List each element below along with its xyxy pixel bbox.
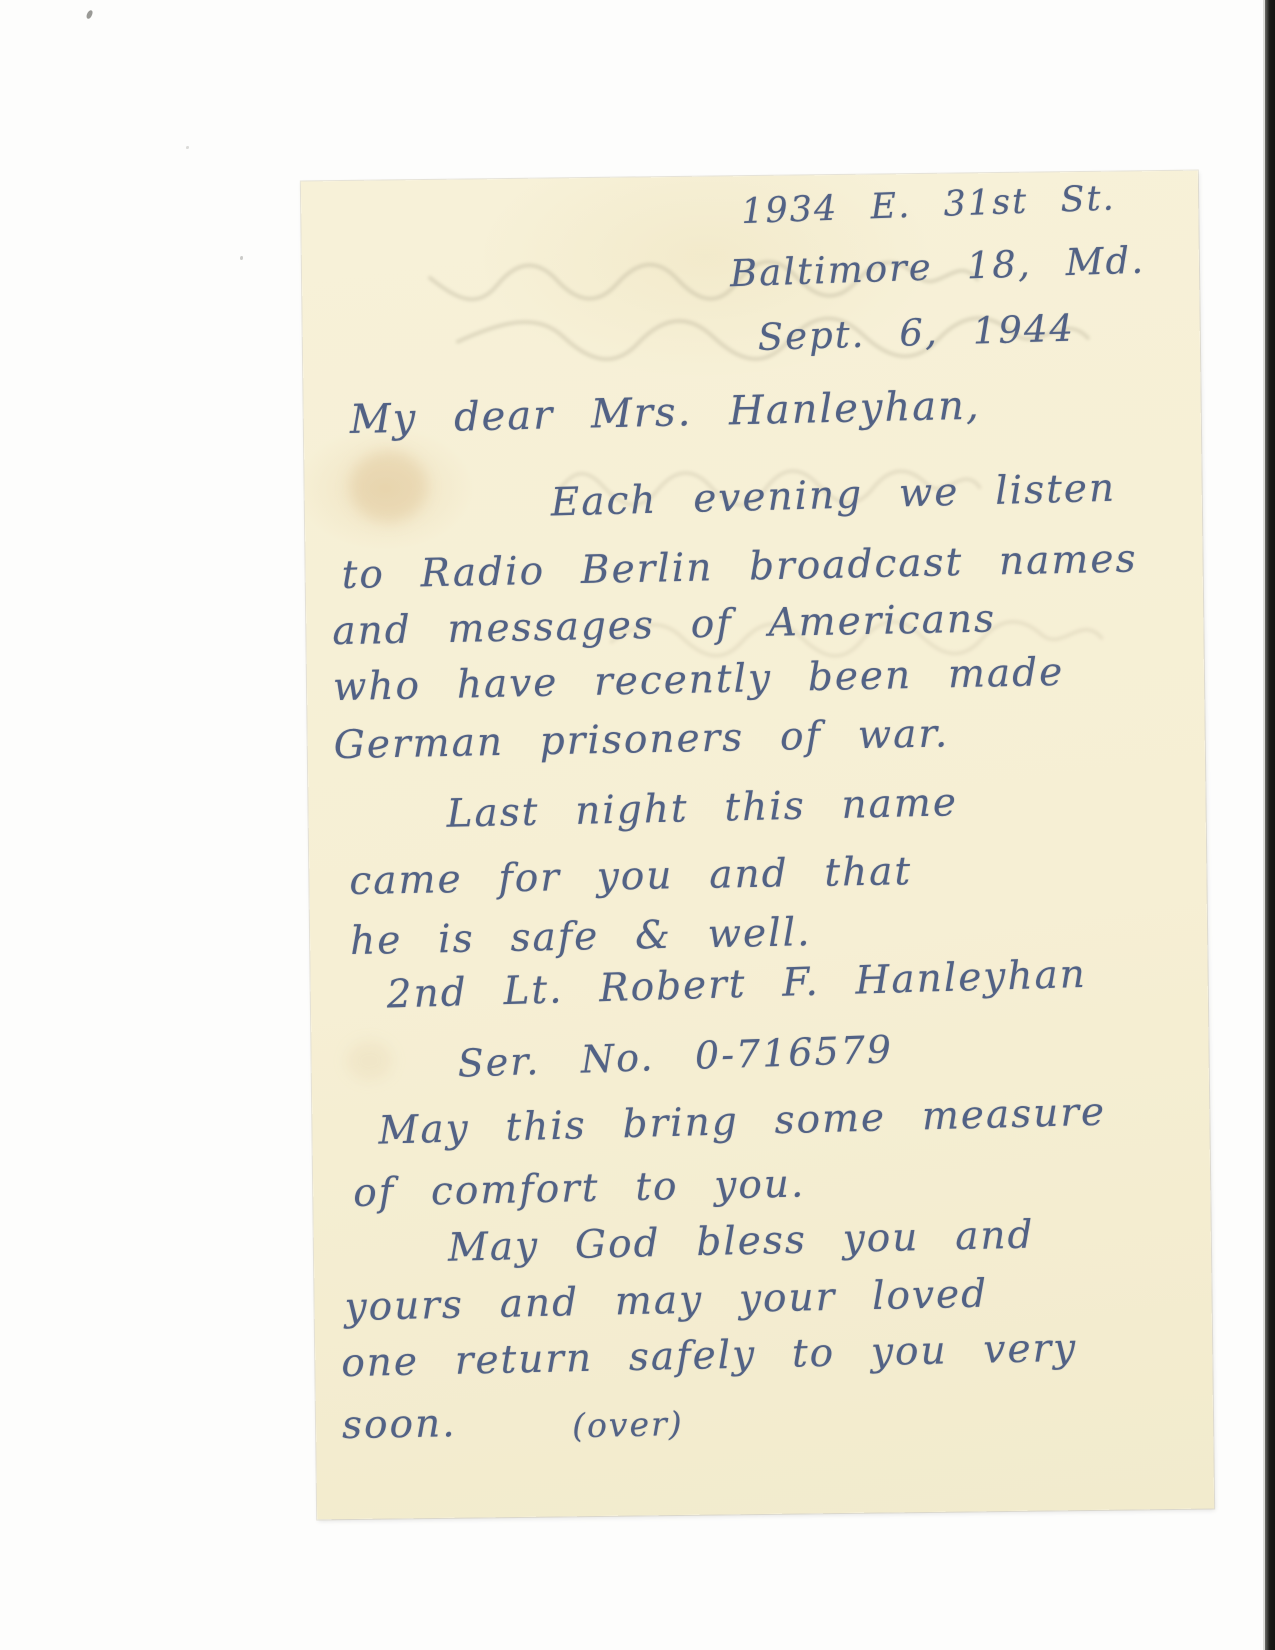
paper-stain — [349, 450, 428, 523]
paper-stain — [346, 1040, 392, 1081]
body-line: came for you and that — [349, 849, 912, 904]
body-line: Last night this name — [446, 780, 958, 837]
service-member-name-line: 2nd Lt. Robert F. Hanleyhan — [386, 952, 1087, 1018]
body-line: who have recently been made — [333, 650, 1065, 710]
address-line-1: 1934 E. 31st St. — [741, 178, 1117, 232]
body-line: yours and may your loved — [344, 1272, 988, 1330]
salutation-line: My dear Mrs. Hanleyhan, — [349, 383, 981, 443]
body-line: he is safe & well. — [350, 910, 812, 964]
body-line: soon. — [342, 1401, 457, 1448]
page-turn-note: (over) — [572, 1404, 684, 1445]
dust-speck — [186, 146, 189, 149]
dust-speck — [240, 256, 243, 260]
body-line: German prisoners of war. — [333, 711, 949, 768]
body-line: to Radio Berlin broadcast names — [341, 536, 1138, 598]
letter-paper: 1934 E. 31st St. Baltimore 18, Md. Sept.… — [301, 171, 1214, 1520]
body-line: May God bless you and — [447, 1213, 1035, 1271]
serial-number-line: Ser. No. 0-716579 — [457, 1027, 894, 1085]
body-line: May this bring some measure — [378, 1090, 1107, 1154]
dust-speck — [86, 9, 94, 19]
body-line: one return safely to you very — [341, 1326, 1078, 1386]
body-line: of comfort to you. — [353, 1162, 806, 1216]
scanned-letter-page: 1934 E. 31st St. Baltimore 18, Md. Sept.… — [0, 0, 1275, 1650]
scan-edge-strip — [1263, 0, 1275, 1650]
